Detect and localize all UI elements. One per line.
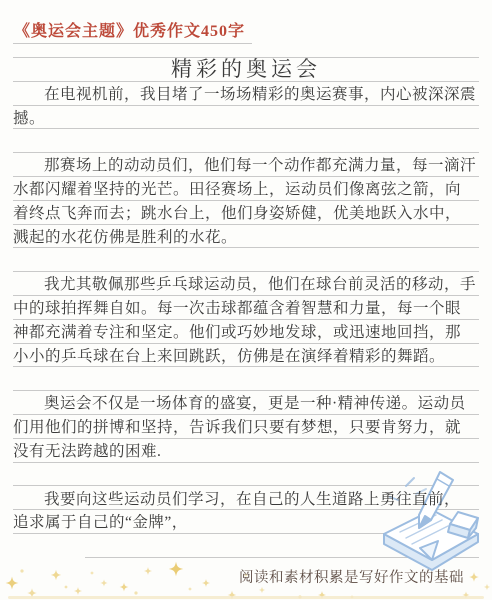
page-header: 《奥运会主题》优秀作文450字: [14, 18, 245, 41]
essay-line-text: 没有无法跨越的困难.: [13, 444, 161, 462]
pencil-note-icon: [378, 468, 492, 584]
essay-line-text: 那赛场上的动动员们，他们每一个动作都充满力量，每一滴汗: [13, 158, 476, 176]
essay-line-text: 们用他们的拼博和坚持，告诉我们只要有梦想，只要肯努力，就: [13, 420, 461, 438]
essay-line-text: 奥运会不仅是一场体育的盛宴，更是一种·精神传递。运动员: [13, 396, 466, 414]
essay-line: 没有无法跨越的困难.: [13, 439, 479, 463]
essay-line: 中的球拍挥舞自如。每一次击球都蕴含着智慧和力量，每一个眼: [13, 296, 479, 320]
ruled-blank-line: [13, 367, 479, 391]
essay-line-text: 水都闪耀着坚持的光芒。田径赛场上，运动员们像离弦之箭，向: [13, 182, 461, 200]
header-underline: [13, 43, 252, 44]
essay-line: 神都充满着专注和坚定。他们或巧妙地发球，或迅速地回挡，那: [13, 320, 479, 344]
essay-line-text: 中的球拍挥舞自如。每一次击球都蕴含着智慧和力量，每一个眼: [13, 301, 461, 319]
essay-line: 们用他们的拼博和坚持，告诉我们只要有梦想，只要肯努力，就: [13, 415, 479, 439]
essay-line: 那赛场上的动动员们，他们每一个动作都充满力量，每一滴汗: [13, 153, 479, 177]
ruled-blank-line: [13, 129, 479, 153]
essay-line-text: 小小的乒乓球在台上来回跳跃，仿佛是在演绎着精彩的舞蹈。: [13, 349, 445, 367]
essay-line: 在电视机前，我目堵了一场场精彩的奥运赛事，内心被深深震: [13, 82, 479, 106]
essay-line-text: 神都充满着专注和坚定。他们或巧妙地发球，或迅速地回挡，那: [13, 325, 461, 343]
essay-line-text: 我要向这些运动员们学习，在自己的人生道路上勇往直前，: [13, 492, 460, 510]
essay-line: 溅起的水花仿佛是胜利的水花。: [13, 225, 479, 249]
essay-line-text: 溅起的水花仿佛是胜利的水花。: [13, 230, 237, 248]
essay-line: 我尤其敬佩那些乒乓球运动员，他们在球台前灵活的移动，手: [13, 272, 479, 296]
essay-line-text: 撼。: [13, 111, 45, 129]
essay-line: 奥运会不仅是一场体育的盛宴，更是一种·精神传递。运动员: [13, 391, 479, 415]
essay-line: 小小的乒乓球在台上来回跳跃，仿佛是在演绎着精彩的舞蹈。: [13, 344, 479, 368]
essay-title: 精彩的奥运会: [13, 58, 479, 82]
ruled-blank-line: [13, 248, 479, 272]
essay-page: 《奥运会主题》优秀作文450字 精彩的奥运会 在电视机前，我目堵了一场场精彩的奥…: [0, 0, 492, 600]
essay-line: 着终点飞奔而去；跳水台上，他们身姿矫健，优美地跃入水中，: [13, 201, 479, 225]
essay-line-text: 在电视机前，我目堵了一场场精彩的奥运赛事，内心被深深震: [13, 87, 476, 105]
essay-line-text: 着终点飞奔而去；跳水台上，他们身姿矫健，优美地跃入水中，: [13, 206, 461, 224]
essay-line: 撼。: [13, 106, 479, 130]
essay-line-text: 我尤其敬佩那些乒乓球运动员，他们在球台前灵活的移动，手: [13, 277, 476, 295]
essay-line-text: 追求属于自己的“金牌”，: [13, 515, 188, 533]
essay-line: 水都闪耀着坚持的光芒。田径赛场上，运动员们像离弦之箭，向: [13, 177, 479, 201]
